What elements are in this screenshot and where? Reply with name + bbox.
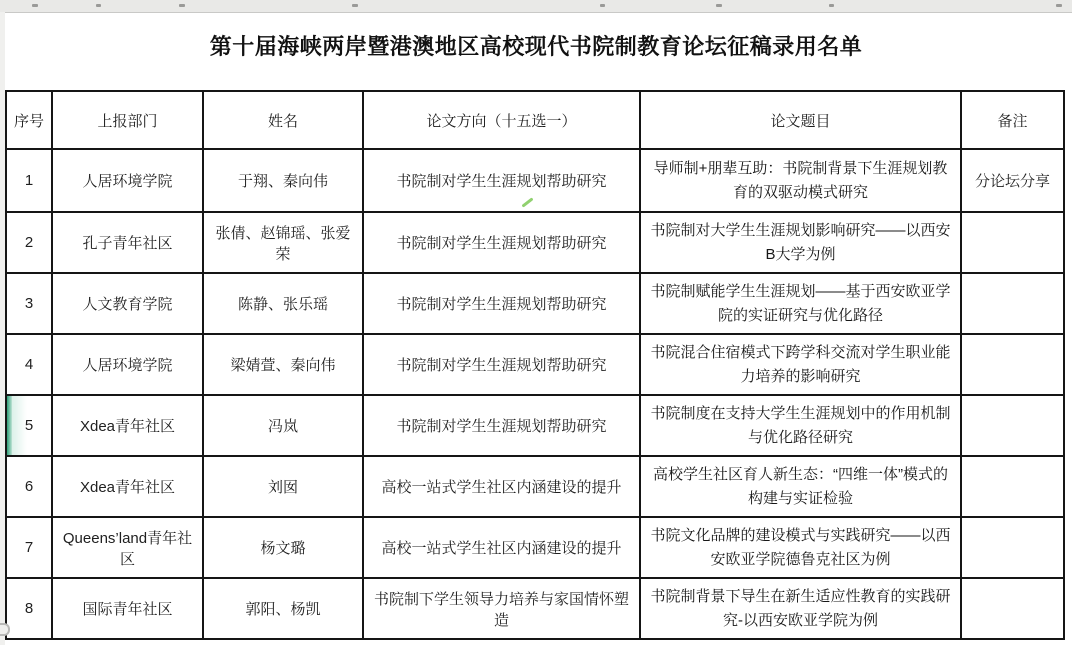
cell-serial[interactable]: 5 [6, 395, 52, 456]
page-title: 第十届海峡两岸暨港澳地区高校现代书院制教育论坛征稿录用名单 [0, 30, 1072, 61]
cell-dept[interactable]: 人文教育学院 [52, 273, 203, 334]
cell-names[interactable]: 陈静、张乐瑶 [203, 273, 363, 334]
cell-paper-title[interactable]: 书院混合住宿模式下跨学科交流对学生职业能力培养的影响研究 [640, 334, 961, 395]
screen-artifact [600, 4, 605, 7]
cell-direction[interactable]: 书院制对学生生涯规划帮助研究 [363, 212, 640, 273]
col-header-names: 姓名 [203, 91, 363, 149]
cell-remark[interactable] [961, 212, 1064, 273]
cell-paper-title[interactable]: 书院制度在支持大学生生涯规划中的作用机制与优化路径研究 [640, 395, 961, 456]
cell-paper-title[interactable]: 书院制对大学生生涯规划影响研究——以西安B大学为例 [640, 212, 961, 273]
col-header-remark: 备注 [961, 91, 1064, 149]
screen-artifact [716, 4, 722, 7]
screen-artifact [1056, 4, 1062, 7]
acceptance-list-table: 序号 上报部门 姓名 论文方向（十五选一） 论文题目 备注 1人居环境学院于翔、… [5, 90, 1065, 640]
table-row: 3人文教育学院陈静、张乐瑶书院制对学生生涯规划帮助研究书院制赋能学生生涯规划——… [6, 273, 1064, 334]
cell-serial[interactable]: 1 [6, 149, 52, 212]
cell-remark[interactable] [961, 395, 1064, 456]
cell-paper-title[interactable]: 高校学生社区育人新生态：“四维一体”模式的构建与实证检验 [640, 456, 961, 517]
cell-names[interactable]: 张倩、赵锦瑶、张爱荣 [203, 212, 363, 273]
table-row: 2孔子青年社区张倩、赵锦瑶、张爱荣书院制对学生生涯规划帮助研究书院制对大学生生涯… [6, 212, 1064, 273]
table-row: 1人居环境学院于翔、秦向伟书院制对学生生涯规划帮助研究导师制+朋辈互助：书院制背… [6, 149, 1064, 212]
cell-serial[interactable]: 8 [6, 578, 52, 639]
cell-names[interactable]: 梁婧萱、秦向伟 [203, 334, 363, 395]
cell-serial[interactable]: 7 [6, 517, 52, 578]
sheet-top-edge-strip [0, 0, 1072, 13]
screen-artifact [32, 4, 38, 7]
col-header-serial: 序号 [6, 91, 52, 149]
cell-dept[interactable]: Xdea青年社区 [52, 456, 203, 517]
cell-remark[interactable]: 分论坛分享 [961, 149, 1064, 212]
cell-serial[interactable]: 3 [6, 273, 52, 334]
col-header-title: 论文题目 [640, 91, 961, 149]
cell-direction[interactable]: 高校一站式学生社区内涵建设的提升 [363, 456, 640, 517]
cell-selection-accent [7, 396, 12, 455]
cell-paper-title[interactable]: 导师制+朋辈互助：书院制背景下生涯规划教育的双驱动模式研究 [640, 149, 961, 212]
cell-direction[interactable]: 书院制对学生生涯规划帮助研究 [363, 149, 640, 212]
cell-paper-title[interactable]: 书院制背景下导生在新生适应性教育的实践研究-以西安欧亚学院为例 [640, 578, 961, 639]
cell-dept[interactable]: 人居环境学院 [52, 149, 203, 212]
cell-paper-title[interactable]: 书院制赋能学生生涯规划——基于西安欧亚学院的实证研究与优化路径 [640, 273, 961, 334]
cell-dept[interactable]: Queens’land青年社区 [52, 517, 203, 578]
cell-names[interactable]: 于翔、秦向伟 [203, 149, 363, 212]
table-row: 8国际青年社区郭阳、杨凯书院制下学生领导力培养与家国情怀塑造书院制背景下导生在新… [6, 578, 1064, 639]
cell-remark[interactable] [961, 578, 1064, 639]
cell-names[interactable]: 刘囡 [203, 456, 363, 517]
cell-remark[interactable] [961, 456, 1064, 517]
cell-direction[interactable]: 书院制下学生领导力培养与家国情怀塑造 [363, 578, 640, 639]
cell-dept[interactable]: 孔子青年社区 [52, 212, 203, 273]
cell-names[interactable]: 郭阳、杨凯 [203, 578, 363, 639]
table-row: 4人居环境学院梁婧萱、秦向伟书院制对学生生涯规划帮助研究书院混合住宿模式下跨学科… [6, 334, 1064, 395]
cell-direction[interactable]: 书院制对学生生涯规划帮助研究 [363, 273, 640, 334]
table-row: 5Xdea青年社区冯岚书院制对学生生涯规划帮助研究书院制度在支持大学生生涯规划中… [6, 395, 1064, 456]
cell-remark[interactable] [961, 517, 1064, 578]
cell-paper-title[interactable]: 书院文化品牌的建设模式与实践研究——以西安欧亚学院德鲁克社区为例 [640, 517, 961, 578]
spreadsheet-screenshot: 第十届海峡两岸暨港澳地区高校现代书院制教育论坛征稿录用名单 序号 上报部门 姓名… [0, 0, 1072, 645]
table-row: 6Xdea青年社区刘囡高校一站式学生社区内涵建设的提升高校学生社区育人新生态：“… [6, 456, 1064, 517]
col-header-direction: 论文方向（十五选一） [363, 91, 640, 149]
screen-artifact [96, 4, 101, 7]
cell-dept[interactable]: Xdea青年社区 [52, 395, 203, 456]
cell-remark[interactable] [961, 334, 1064, 395]
cell-direction[interactable]: 高校一站式学生社区内涵建设的提升 [363, 517, 640, 578]
screen-artifact [179, 4, 185, 7]
table-row: 7Queens’land青年社区杨文璐高校一站式学生社区内涵建设的提升书院文化品… [6, 517, 1064, 578]
cell-serial[interactable]: 6 [6, 456, 52, 517]
cell-names[interactable]: 冯岚 [203, 395, 363, 456]
cell-dept[interactable]: 国际青年社区 [52, 578, 203, 639]
cell-remark[interactable] [961, 273, 1064, 334]
cell-serial[interactable]: 2 [6, 212, 52, 273]
cell-serial[interactable]: 4 [6, 334, 52, 395]
cell-direction[interactable]: 书院制对学生生涯规划帮助研究 [363, 334, 640, 395]
screen-artifact [352, 4, 358, 7]
cell-dept[interactable]: 人居环境学院 [52, 334, 203, 395]
table-header-row: 序号 上报部门 姓名 论文方向（十五选一） 论文题目 备注 [6, 91, 1064, 149]
cell-direction[interactable]: 书院制对学生生涯规划帮助研究 [363, 395, 640, 456]
cell-names[interactable]: 杨文璐 [203, 517, 363, 578]
col-header-dept: 上报部门 [52, 91, 203, 149]
screen-artifact [829, 4, 834, 7]
